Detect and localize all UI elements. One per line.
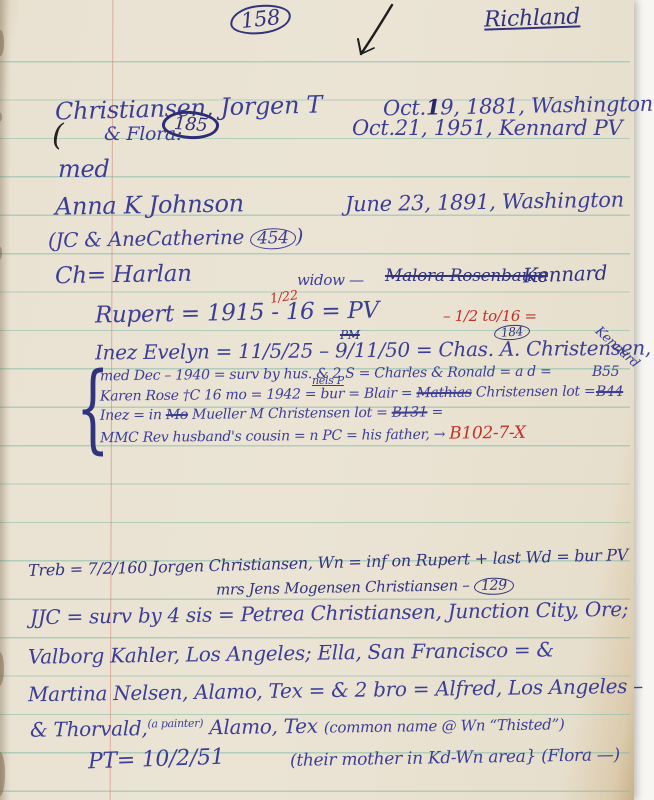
- line2-struck-ref: B44: [596, 384, 623, 400]
- flora-ref-circled: 185: [161, 109, 220, 141]
- common-name-paren: (common name @ Wn “Thisted”): [324, 715, 565, 736]
- region-title: Richland: [484, 4, 581, 32]
- line2-inserted-word: nels P: [312, 374, 344, 387]
- thorvald-name: & Thorvald,: [30, 716, 148, 742]
- child-rupert: Rupert = 1915 - 16 = PV: [95, 298, 379, 329]
- inez-ref-circled: 184: [494, 324, 531, 342]
- line4-text: MMC Rev husband's cousin = n PC = his fa…: [100, 427, 445, 447]
- pt-date: PT= 10/2/51: [88, 745, 225, 775]
- pt-note: (their mother in Kd-Wn area} (Flora —): [290, 745, 620, 771]
- martina-line: Martina Nelsen, Alamo, Tex = & 2 bro = A…: [28, 674, 643, 707]
- painter-insertion: (a painter): [147, 717, 203, 731]
- note-line-3: Inez = in Mo Mueller M Christensen lot =…: [100, 404, 443, 424]
- note-line-2: Karen Rose †C 16 mo = 1942 = bur = Blair…: [100, 383, 596, 404]
- line2-text: Karen Rose †C 16 mo = 1942 = bur = Blair…: [100, 385, 412, 404]
- flora-ref: 185: [161, 109, 220, 141]
- spouse-name: Anna K Johnson: [55, 189, 244, 220]
- mrs-ref: 129: [474, 577, 514, 595]
- note-line-4: MMC Rev husband's cousin = n PC = his fa…: [100, 423, 526, 447]
- line3-text: Inez = in: [100, 407, 162, 424]
- treb-note: Treb = 7/2/160 Jorgen Christiansen, Wn =…: [28, 545, 628, 580]
- line3-struck-ref: B131: [392, 404, 428, 420]
- entry-death: Oct.21, 1951, Kennard PV: [352, 116, 622, 140]
- line2-struck-word: Mathias: [416, 385, 471, 402]
- kennard-note: Kennard: [523, 261, 608, 288]
- line3-end: =: [432, 404, 444, 420]
- line2-text-b: Christensen lot =: [476, 383, 596, 400]
- line4-red-ref: B102-7-X: [449, 423, 526, 444]
- widow-note: widow —: [297, 271, 364, 289]
- jjc-line: JJC = surv by 4 sis = Petrea Christianse…: [30, 597, 629, 629]
- valborg-line: Valborg Kahler, Los Angeles; Ella, San F…: [28, 637, 554, 668]
- spouse-birth: June 23, 1891, Washington: [345, 188, 624, 217]
- thorvald-place: Alamo, Tex: [203, 714, 324, 740]
- check-arrow-mark: [330, 2, 402, 66]
- inez-dates: Inez Evelyn = 11/5/25 – 9/11/50: [95, 338, 410, 365]
- note-line1-ref: B55: [592, 364, 619, 380]
- page-number: 158: [229, 2, 293, 37]
- mrs-text: mrs Jens Mogensen Christiansen –: [216, 576, 470, 598]
- mrs-note: mrs Jens Mogensen Christiansen – 129: [216, 575, 514, 600]
- rupert-red-note: – 1/2 to/16 =: [443, 307, 537, 325]
- line3-text-b: Mueller M Christensen lot =: [192, 405, 388, 423]
- med-label: med: [58, 155, 109, 183]
- spouse-parents-ref: 454: [250, 228, 296, 249]
- notebook-page: 158 Richland Christiansen, Jorgen T Oct.…: [0, 0, 634, 800]
- open-paren-mark: (: [52, 118, 63, 153]
- spouse-parents-close: ): [295, 224, 303, 248]
- line3-struck-word: Mo: [166, 407, 188, 423]
- inez-struck-superscript: PM: [340, 328, 360, 342]
- spouse-parents: (JC & AneCatherine 454): [48, 224, 304, 253]
- page-number-circled: 158: [229, 2, 293, 37]
- inez-ref: 184: [494, 324, 531, 342]
- child-inez: Inez Evelyn = 11/5/25 – 9/11/50 = Chas. …: [95, 336, 651, 365]
- spouse-parents-text: (JC & AneCatherine: [48, 225, 244, 252]
- child-harlan: Ch= Harlan: [55, 261, 192, 289]
